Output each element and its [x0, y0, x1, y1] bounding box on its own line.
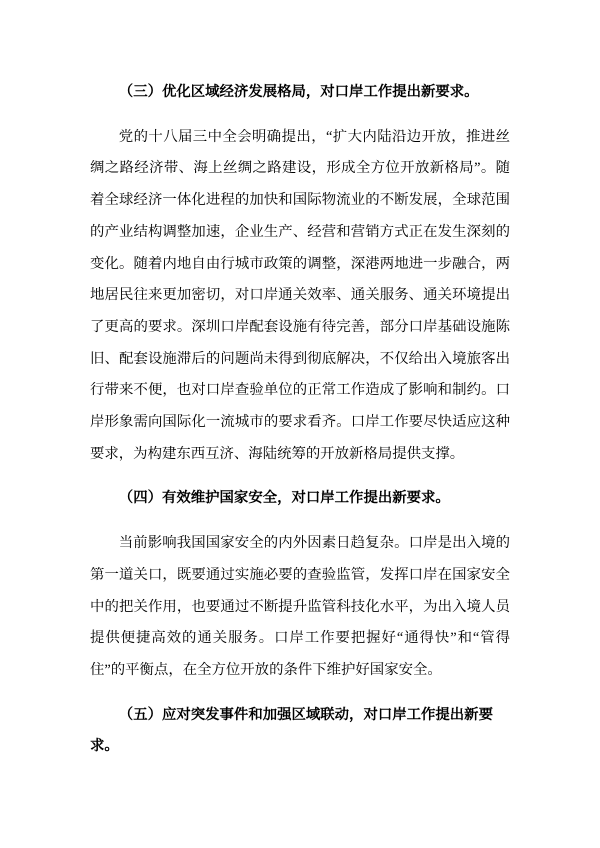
section-heading-5: （五）应对突发事件和加强区域联动，对口岸工作提出新要求。	[90, 700, 510, 763]
paragraph-regional-economy: 党的十八届三中全会明确提出，“扩大内陆沿边开放，推进丝绸之路经济带、海上丝绸之路…	[90, 122, 510, 471]
section-heading-4: （四）有效维护国家安全，对口岸工作提出新要求。	[90, 483, 510, 515]
paragraph-national-security: 当前影响我国国家安全的内外因素日趋复杂。口岸是出入境的第一道关口，既要通过实施必…	[90, 528, 510, 687]
section-heading-3: （三）优化区域经济发展格局，对口岸工作提出新要求。	[90, 77, 510, 109]
document-page: （三）优化区域经济发展格局，对口岸工作提出新要求。 党的十八届三中全会明确提出，…	[0, 0, 600, 848]
document-content: （三）优化区域经济发展格局，对口岸工作提出新要求。 党的十八届三中全会明确提出，…	[0, 0, 600, 763]
